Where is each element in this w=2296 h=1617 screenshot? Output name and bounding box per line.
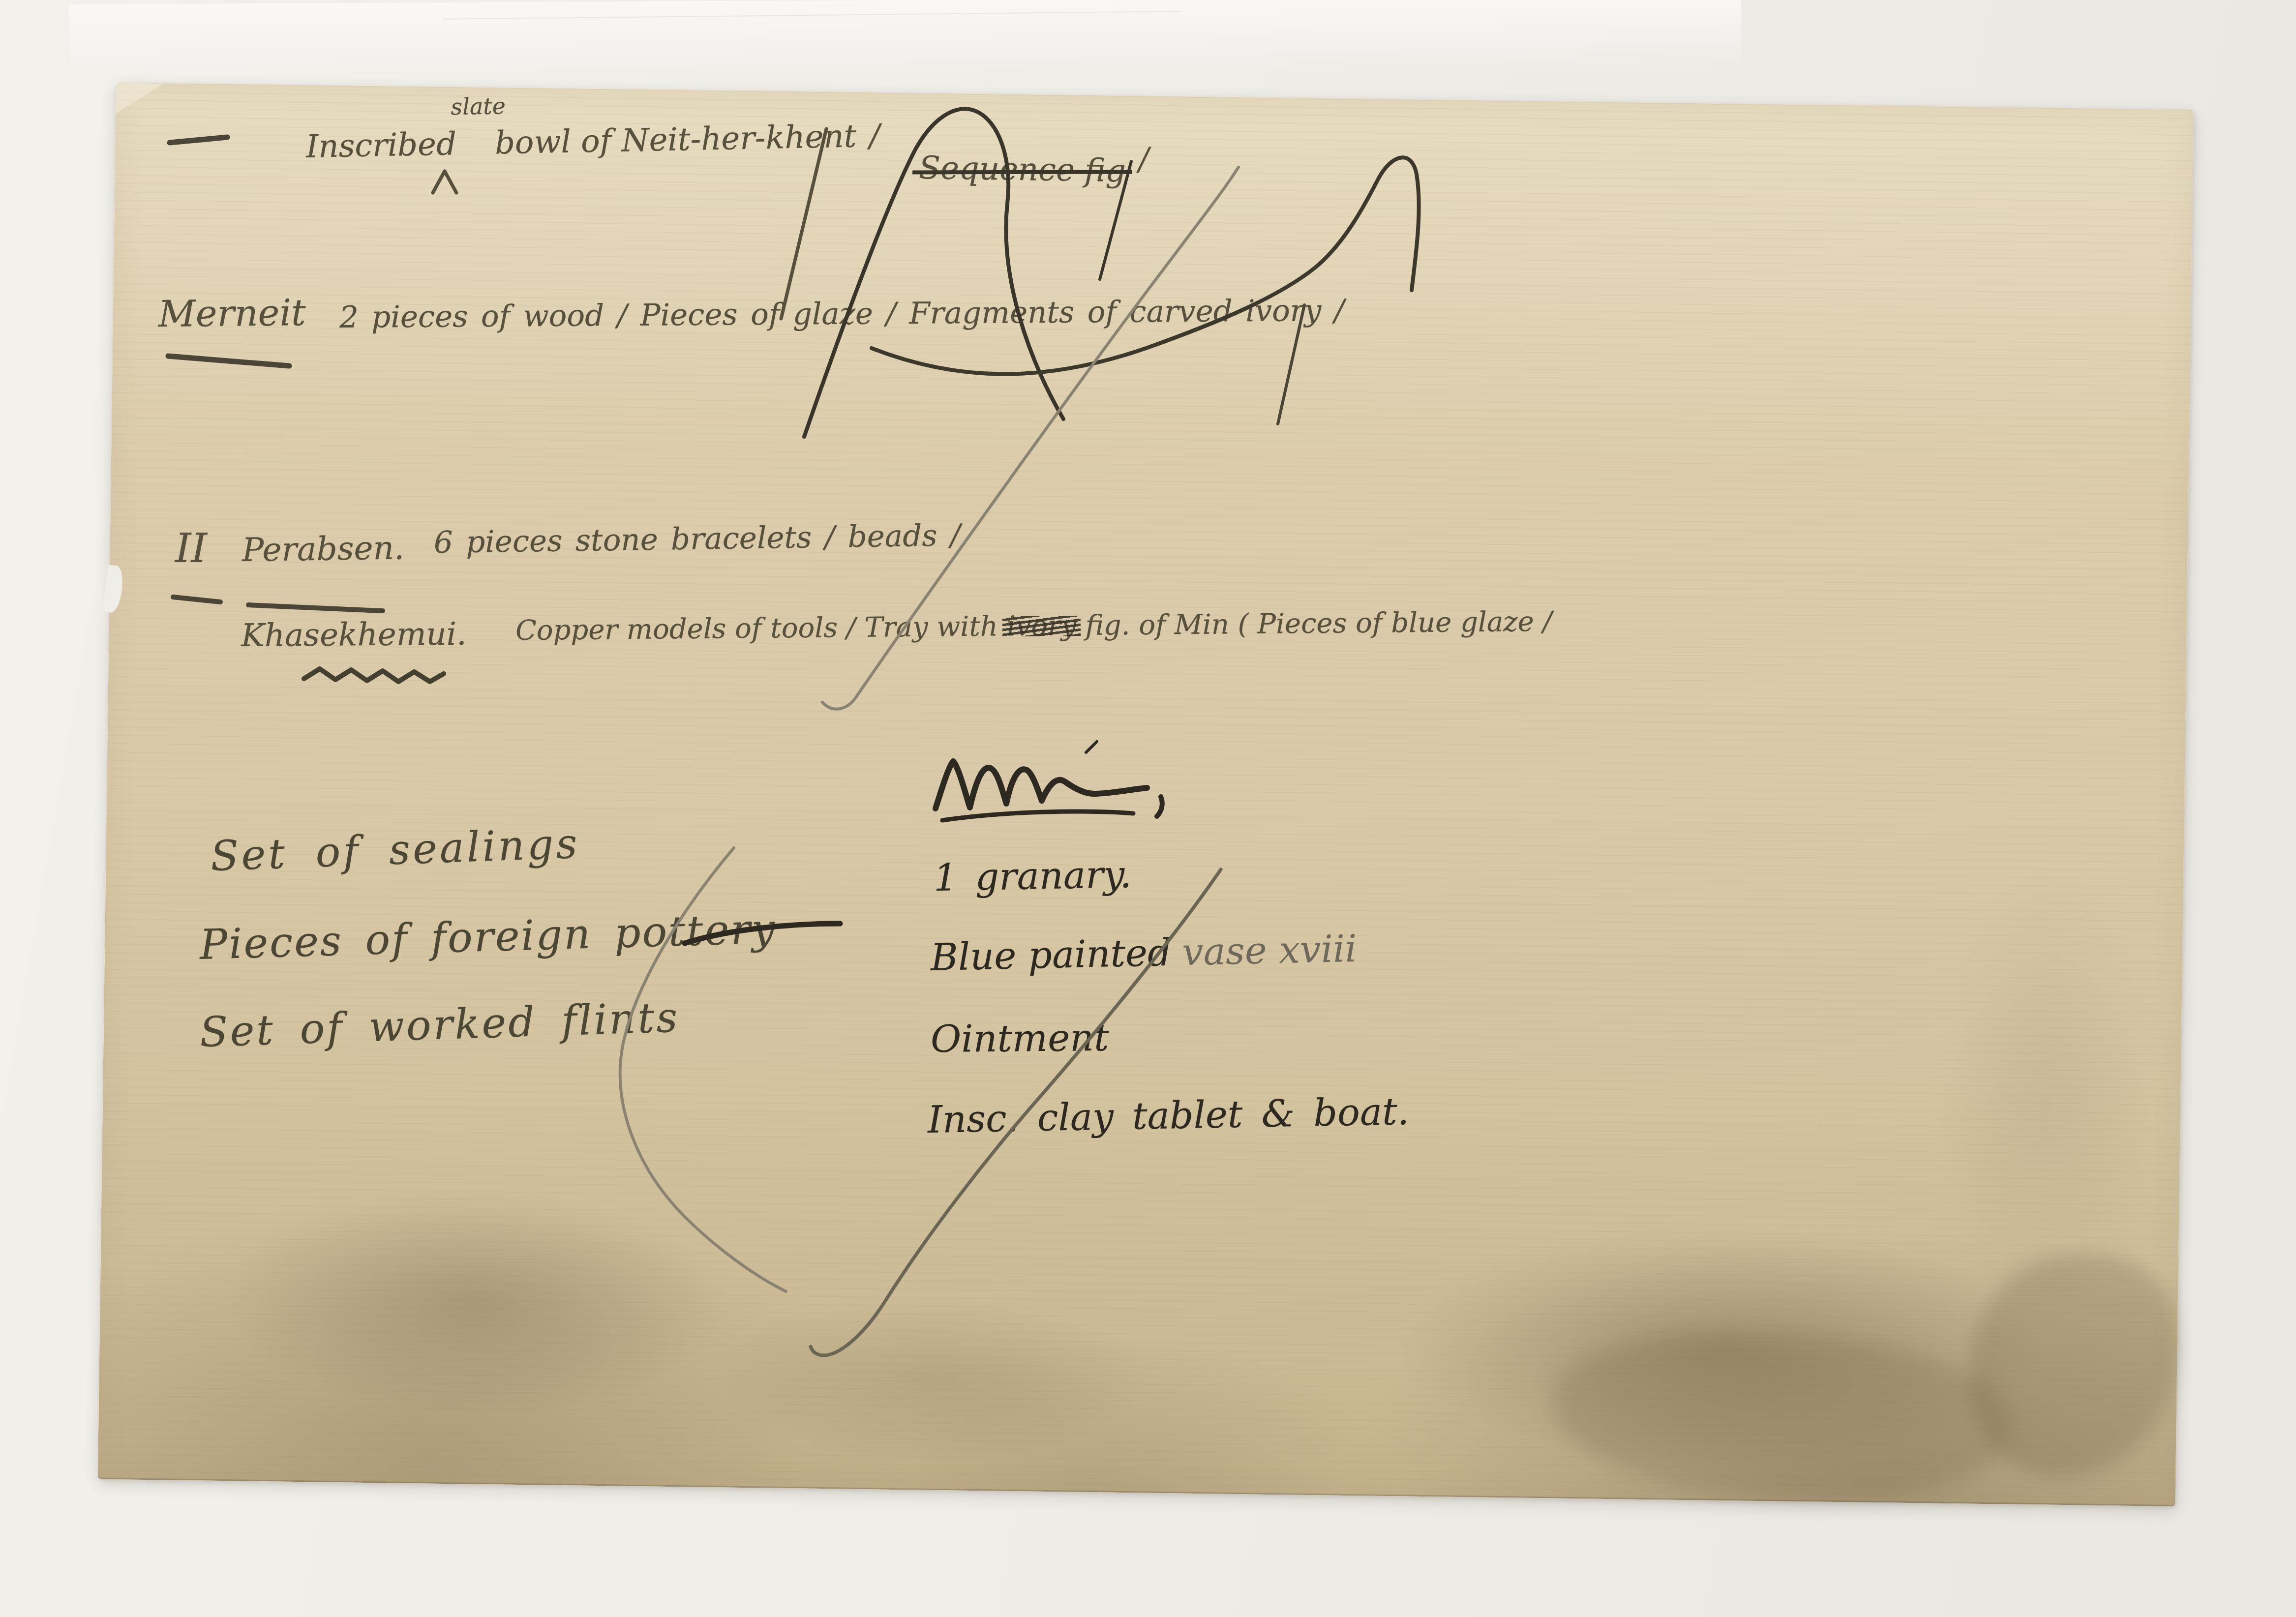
line1-slash: /: [869, 118, 880, 154]
stain-bottom-center: [638, 1263, 1223, 1494]
khasekhemui-items-before: Copper models of tools / Tray with: [515, 610, 998, 647]
line1-trailing-slash: /: [1138, 141, 1149, 178]
entry-khasekhemui-label: Khasekhemui.: [241, 616, 467, 654]
right-item-clay-tablet-boat: Insc. clay tablet & boat.: [927, 1089, 1409, 1141]
vase-dynasty-text: vase xviii: [1182, 927, 1358, 974]
entry-merneit-label: Merneit: [158, 292, 306, 335]
paper-corner-fold: [116, 82, 164, 115]
crossed-out-text: Sequence fig: [919, 150, 1126, 190]
khasekhemui-items-after: fig. of Min ( Pieces of blue glaze /: [1085, 606, 1552, 642]
line1-lead: Inscribed: [305, 126, 456, 165]
scratched-out-word: ivory: [1007, 610, 1077, 642]
backing-sheet-highlight: [69, 0, 1742, 78]
entry-perabsen-numeral: II: [175, 525, 207, 572]
scanned-note-page: Inscribed slate bowl of Neit-her-khent /…: [0, 0, 2296, 1617]
right-item-granary: 1 granary.: [933, 852, 1132, 899]
entry-perabsen-items: 6 pieces stone bracelets / beads /: [434, 518, 961, 560]
right-item-ointment: Ointment: [931, 1016, 1109, 1061]
line1-body: bowl of Neit-her-khent: [494, 119, 857, 162]
right-item-blue-painted-vase: Blue painted vase xviii: [930, 927, 1357, 979]
entry-perabsen-label: Perabsen.: [242, 529, 404, 569]
inserted-word-slate: slate: [451, 92, 506, 120]
blue-painted-text: Blue painted: [930, 930, 1172, 979]
entry-merneit-items: 2 pieces of wood / Pieces of glaze / Fra…: [339, 293, 1345, 335]
